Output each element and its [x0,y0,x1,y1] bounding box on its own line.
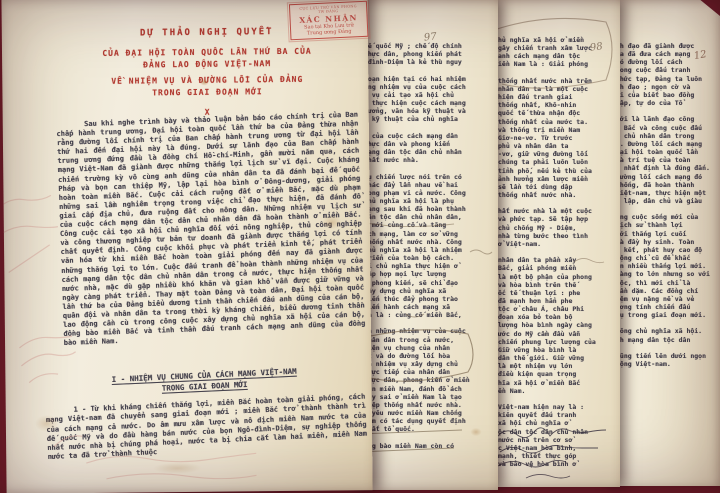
page-4: 12 nh đạo đã giành được ta đã đưa cách m… [604,0,720,486]
document-title-block: DỰ THẢO NGHỊ QUYẾT CỦA ĐẠI HỘI TOÀN QUỐC… [42,26,373,118]
page-2-number: 97 [423,31,437,43]
page-1-paragraph-1: Sau khi nghe trình bày và thảo luận bản … [56,111,366,349]
page-1-lower-block: I - NHIỆM VỤ CHUNG CỦA CÁCH MẠNG VIỆT-NA… [44,363,368,463]
archive-stamp: CỤC LƯU TRỮ VĂN PHÒNG TW ĐẢNG XÁC NHẬN S… [289,1,369,41]
title-line-5: TRONG GIAI ĐOẠN MỚI [42,85,372,100]
title-line-3: ĐẢNG LAO ĐỘNG VIỆT-NAM [42,57,372,72]
page-3: 98 hủ nghĩa xã hội ở miền gây chiến tran… [486,0,620,487]
page-1: CỤC LƯU TRỮ VĂN PHÒNG TW ĐẢNG XÁC NHẬN S… [1,0,372,493]
archival-document-photo: 12 nh đạo đã giành được ta đã đưa cách m… [0,0,720,493]
page-3-number: 98 [589,41,603,54]
page-1-paragraph-2: 1 - Từ khi kháng chiến thắng lợi, miền B… [45,393,367,463]
page-3-text: hủ nghĩa xã hội ở miền gây chiến tranh x… [486,0,620,468]
page-4-number: 12 [693,49,707,62]
paper-stain [142,460,212,477]
